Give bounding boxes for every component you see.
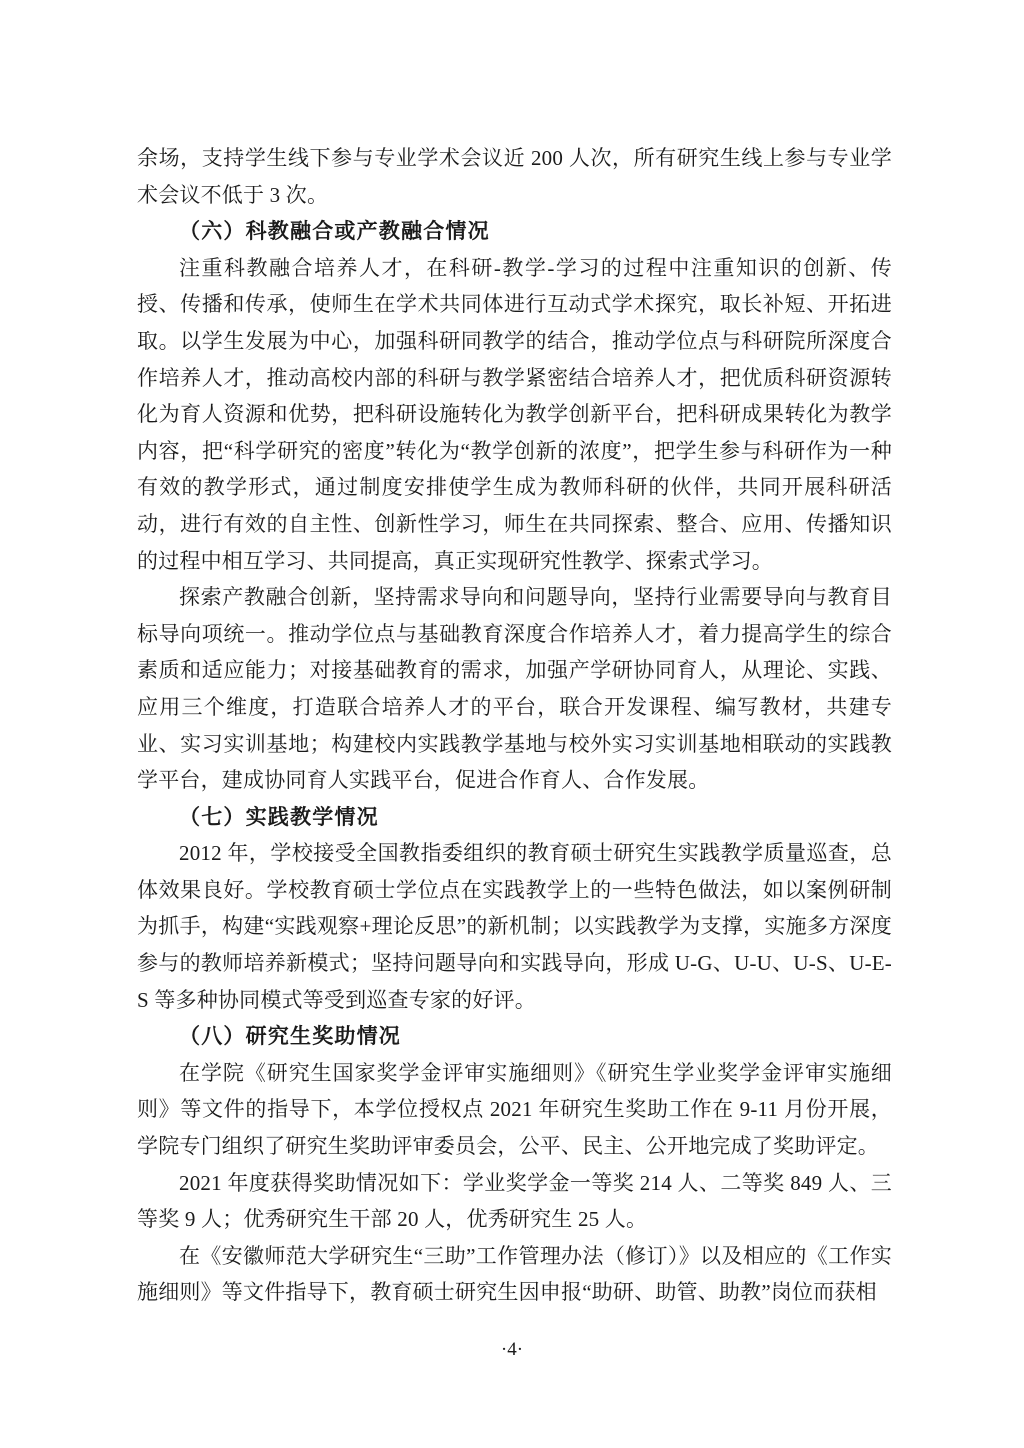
paragraph: 在学院《研究生国家奖学金评审实施细则》《研究生学业奖学金评审实施细则》等文件的指…	[137, 1055, 892, 1165]
section-heading: （六）科教融合或产教融合情况	[137, 213, 892, 250]
document-page: 余场，支持学生线下参与专业学术会议近 200 人次，所有研究生线上参与专业学术会…	[0, 0, 1024, 1448]
page-body: 余场，支持学生线下参与专业学术会议近 200 人次，所有研究生线上参与专业学术会…	[137, 140, 892, 1311]
page-footer: ·4·	[0, 1339, 1024, 1361]
page-number: ·4·	[501, 1339, 523, 1360]
section-heading: （八）研究生奖助情况	[137, 1018, 892, 1055]
section-heading: （七）实践教学情况	[137, 799, 892, 836]
paragraph: 探索产教融合创新，坚持需求导向和问题导向，坚持行业需要导向与教育目标导向项统一。…	[137, 579, 892, 799]
paragraph: 2012 年，学校接受全国教指委组织的教育硕士研究生实践教学质量巡查，总体效果良…	[137, 835, 892, 1018]
paragraph: 在《安徽师范大学研究生“三助”工作管理办法（修订）》以及相应的《工作实施细则》等…	[137, 1238, 892, 1311]
paragraph: 余场，支持学生线下参与专业学术会议近 200 人次，所有研究生线上参与专业学术会…	[137, 140, 892, 213]
paragraph: 2021 年度获得奖助情况如下：学业奖学金一等奖 214 人、二等奖 849 人…	[137, 1165, 892, 1238]
paragraph: 注重科教融合培养人才，在科研-教学-学习的过程中注重知识的创新、传授、传播和传承…	[137, 250, 892, 579]
